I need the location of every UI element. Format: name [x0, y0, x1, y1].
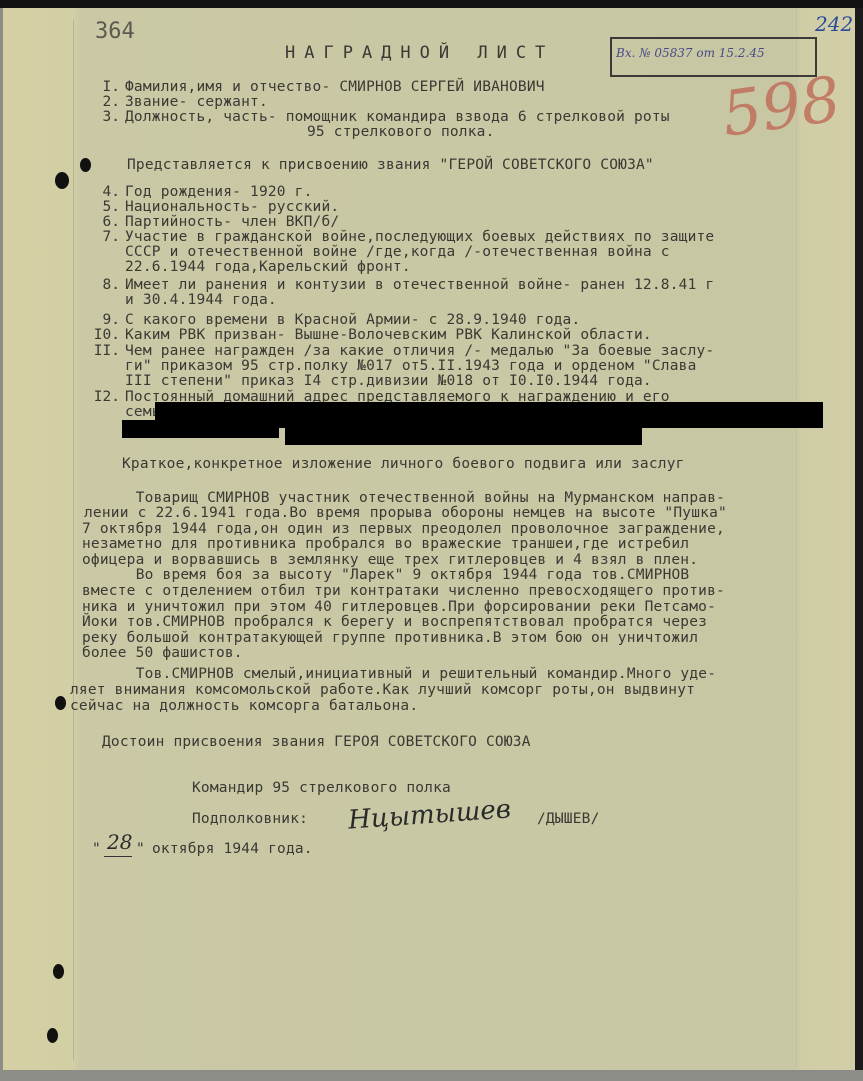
detail-number: 9.	[92, 313, 120, 327]
detail-number: I2.	[92, 390, 120, 404]
feat-line: сейчас на должность комсорга батальона.	[70, 699, 418, 713]
feat-line: ляет внимания комсомольской работе.Как л…	[70, 683, 695, 697]
feat-line: ника и уничтожил при этом 40 гитлеровцев…	[82, 600, 716, 614]
feat-line: Товарищ СМИРНОВ участник отечественной в…	[100, 491, 725, 505]
feat-line: Во время боя за высоту "Ларек" 9 октября…	[100, 568, 689, 582]
field-full-name: Фамилия,имя и отчество- СМИРНОВ СЕРГЕЙ И…	[125, 80, 545, 94]
date-day-handwritten: 28	[107, 830, 132, 854]
detail-nationality: Национальность- русский.	[125, 200, 339, 214]
detail-previous-awards-cont: ги" приказом 95 стр.полку №017 от5.II.19…	[125, 359, 697, 373]
detail-wounds-cont: и 30.4.1944 года.	[125, 293, 277, 307]
date-month-year: октября 1944 года.	[152, 842, 313, 856]
detail-birth-year: Год рождения- 1920 г.	[125, 185, 313, 199]
feat-line: реку большой контратакующей группе проти…	[82, 631, 698, 645]
detail-previous-awards-cont: III степени" приказ I4 стр.дивизии №018 …	[125, 374, 652, 388]
scan-right-border	[855, 8, 863, 1081]
field-number: I.	[92, 80, 120, 94]
field-number: 2.	[92, 95, 120, 109]
detail-drafted-by: Каким РВК призван- Вышне-Волочевским РВК…	[125, 328, 652, 342]
scan-bottom-border	[0, 1070, 863, 1081]
right-margin-fold	[796, 8, 797, 1068]
document-title: НАГРАДНОЙ ЛИСТ	[285, 43, 554, 63]
signer-name: /ДЫШЕВ/	[537, 812, 600, 826]
incoming-stamp-text: Вх. № 05837 от 15.2.45	[616, 46, 765, 60]
detail-wounds: Имеет ли ранения и контузии в отечествен…	[125, 278, 714, 292]
detail-war-participation-cont: 22.6.1944 года,Карельский фронт.	[125, 260, 411, 274]
feat-line: офицера и ворвавшись в землянку еще трех…	[82, 553, 698, 567]
punch-hole	[53, 964, 64, 979]
feat-line: более 50 фашистов.	[82, 646, 243, 660]
feat-line: Тов.СМИРНОВ смелый,инициативный и решите…	[100, 667, 716, 681]
detail-war-participation-cont: СССР и отечественной войне /где,когда /-…	[125, 245, 670, 259]
page-number: 364	[95, 19, 135, 44]
feat-line: Йоки тов.СМИРНОВ пробрался к берегу и во…	[82, 615, 707, 629]
signer-position: Командир 95 стрелкового полка	[192, 781, 451, 795]
punch-hole	[47, 1028, 58, 1043]
detail-war-participation: Участие в гражданской войне,последующих …	[125, 230, 714, 244]
detail-number: I0.	[92, 328, 120, 342]
field-position-cont: 95 стрелкового полка.	[307, 125, 495, 139]
feat-line: 7 октября 1944 года,он один из первых пр…	[82, 522, 725, 536]
feat-line: незаметно для противника пробрался во вр…	[82, 537, 689, 551]
detail-number: II.	[92, 344, 120, 358]
punch-hole	[80, 158, 91, 172]
punch-hole	[55, 696, 66, 710]
scan-top-border	[0, 0, 863, 8]
signer-rank-label: Подполковник:	[192, 812, 308, 826]
feat-line: лении с 22.6.1941 года.Во время прорыва …	[84, 506, 727, 520]
detail-number: 4.	[92, 185, 120, 199]
left-margin-fold	[73, 20, 74, 1060]
feat-heading: Краткое,конкретное изложение личного бое…	[122, 457, 685, 471]
date-open-quote: "	[92, 842, 101, 856]
field-rank: Звание- сержант.	[125, 95, 268, 109]
date-close-quote: "	[136, 842, 145, 856]
detail-number: 7.	[92, 230, 120, 244]
detail-number: 8.	[92, 278, 120, 292]
detail-previous-awards: Чем ранее награжден /за какие отличия /-…	[125, 344, 714, 358]
nomination-line: Представляется к присвоению звания "ГЕРО…	[127, 158, 654, 172]
feat-line: вместе с отделением отбил три контратаки…	[82, 584, 725, 598]
conclusion-line: Достоин присвоения звания ГЕРОЯ СОВЕТСКО…	[102, 735, 531, 749]
detail-number: 6.	[92, 215, 120, 229]
date-underline	[104, 856, 132, 857]
archive-number: 242	[815, 12, 853, 36]
field-position: Должность, часть- помощник командира взв…	[125, 110, 670, 124]
detail-number: 5.	[92, 200, 120, 214]
punch-hole	[55, 172, 69, 189]
redacted-address	[122, 420, 279, 438]
detail-army-since: С какого времени в Красной Армии- с 28.9…	[125, 313, 580, 327]
field-number: 3.	[92, 110, 120, 124]
redacted-address	[285, 425, 642, 445]
detail-party: Партийность- член ВКП/б/	[125, 215, 339, 229]
